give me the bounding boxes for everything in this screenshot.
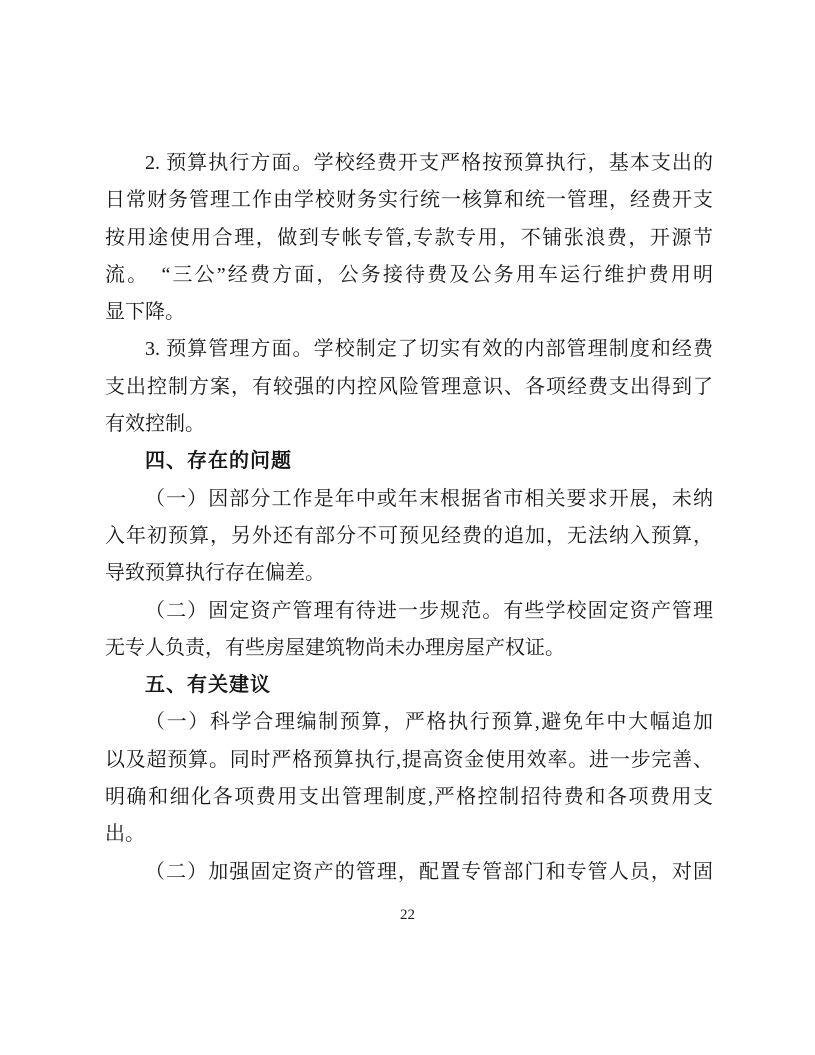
text-line: 3. 预算管理方面。学校制定了切实有效的内部管理制度和经费 <box>105 331 713 368</box>
text-line: 导致预算执行存在偏差。 <box>105 555 713 592</box>
text-line: （一）因部分工作是年中或年末根据省市相关要求开展，未纳 <box>105 481 713 518</box>
page-number: 22 <box>0 905 815 925</box>
heading-section-4: 四、存在的问题 <box>105 443 713 480</box>
text-line: 支出控制方案，有较强的内控风险管理意识、各项经费支出得到了 <box>105 369 713 406</box>
text-line: 2. 预算执行方面。学校经费开支严格按预算执行，基本支出的 <box>105 145 713 182</box>
heading-section-5: 五、有关建议 <box>105 667 713 704</box>
text-line: 明确和细化各项费用支出管理制度,严格控制招待费和各项费用支 <box>105 779 713 816</box>
text-line: （二）加强固定资产的管理，配置专管部门和专管人员，对固 <box>105 854 713 891</box>
text-line: 以及超预算。同时严格预算执行,提高资金使用效率。进一步完善、 <box>105 742 713 779</box>
text-line: 入年初预算，另外还有部分不可预见经费的追加，无法纳入预算， <box>105 518 713 555</box>
text-line: （一）科学合理编制预算，严格执行预算,避免年中大幅追加 <box>105 704 713 741</box>
text-line: 日常财务管理工作由学校财务实行统一核算和统一管理，经费开支 <box>105 182 713 219</box>
text-line: 流。 “三公”经费方面，公务接待费及公务用车运行维护费用明 <box>105 257 713 294</box>
text-line: （二）固定资产管理有待进一步规范。有些学校固定资产管理 <box>105 593 713 630</box>
text-line: 按用途使用合理，做到专帐专管,专款专用，不铺张浪费，开源节 <box>105 220 713 257</box>
text-line: 出。 <box>105 816 713 853</box>
text-line: 有效控制。 <box>105 406 713 443</box>
text-area: 2. 预算执行方面。学校经费开支严格按预算执行，基本支出的日常财务管理工作由学校… <box>105 145 713 891</box>
text-line: 无专人负责，有些房屋建筑物尚未办理房屋产权证。 <box>105 630 713 667</box>
document-page: 2. 预算执行方面。学校经费开支严格按预算执行，基本支出的日常财务管理工作由学校… <box>0 0 815 1055</box>
text-line: 显下降。 <box>105 294 713 331</box>
